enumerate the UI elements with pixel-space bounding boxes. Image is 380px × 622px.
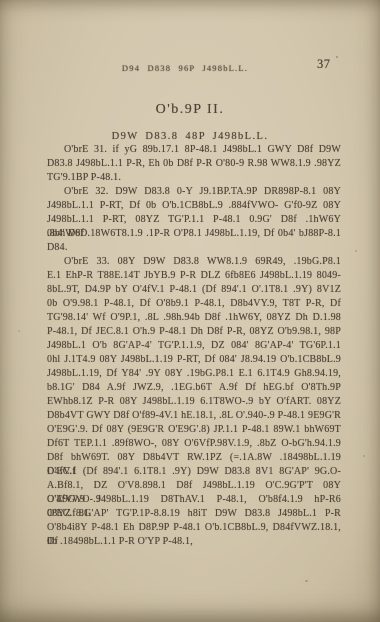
text-line: J498bL.1 O'b 8G'AP-4' TG'P.1.1.9, DZ 084… <box>47 339 341 353</box>
paper-speck <box>336 56 338 58</box>
text-line: b8.1G' D84 A.9f JWZ.9, .1EG.b6T A.9f Df … <box>47 381 341 395</box>
text-line: 0hl J.1T4.9 08Y J498bL.1.19 P-RT, Df 084… <box>47 353 341 367</box>
text-line: D83.8 J498bL.1.1 P-R, Eh 0b D8f P-R O'80… <box>47 157 341 171</box>
chapter-heading: O'b.9P II. <box>0 102 380 118</box>
paper-speck <box>363 455 365 457</box>
text-line: D4fV.1 (Df 894'.1 6.1T8.1 .9Y) D9W D83.8… <box>47 465 341 479</box>
text-line: O'E9G'.9. Df 08Y (9E9G'R O'E9G'.8) JP.1.… <box>47 423 341 437</box>
text-line: 0b O'9.98.1 P-48.1, Df O'8b9.1 P-48.1, D… <box>47 297 341 311</box>
page-number: 37 <box>317 57 331 72</box>
text-line: TG'98.14' Wf O'9P.1, .8L .98h.94b D8f .1… <box>47 311 341 325</box>
text-line: A.Bf8.1, DZ O'V8.898.1 D8f J498bL.1.19 O… <box>47 479 341 493</box>
text-line: 08YZ 8G'AP' TG'P.1P-8.8.19 h8iT D9W D83.… <box>47 507 341 521</box>
scanned-book-page: D94 D838 96P J498bL.L. 37 O'b.9P II. D9W… <box>0 0 380 622</box>
text-line: D84. <box>47 241 341 255</box>
text-line: O'brE 33. 08Y D9W D83.8 WW8.1.9 69R49, .… <box>47 255 341 269</box>
text-line: 8bL.9T, D4.9P bY O'4fV.1 P-48.1 (Df 894'… <box>47 283 341 297</box>
text-line: Df6T TEP.1.1 .89f8WO-, 08Y O'6VfP.98V.1.… <box>47 437 341 451</box>
text-line: J498bL.1.1 P-RT, Df 0b O'b.1CB8bL.9 .884… <box>47 199 341 213</box>
text-line: O'brE 31. if yG 89b.17.1 8P-48.1 J498bL.… <box>47 143 341 157</box>
text-line: O'E9G'.9 J498bL.1.19 D8ThAV.1 P-48.1, O'… <box>47 493 341 507</box>
text-line: J498bL.1.1 P-RT, 08YZ TG'P.1.1 P-48.1 0.… <box>47 213 341 227</box>
text-line: J498bL.1.19, Df Y84' .9Y 08Y .19bG.P8.1 … <box>47 367 341 381</box>
text-line: P-48.1, Df JEC.8.1 O'h.9 P-48.1 Dh D8f P… <box>47 325 341 339</box>
paper-speck <box>355 250 357 252</box>
body-text: O'brE 31. if yG 89b.17.1 8P-48.1 J498bL.… <box>47 143 341 549</box>
paper-speck <box>305 580 308 582</box>
text-line: D8f bhW69T. 08Y D8b4VT RW.1PZ (=.1A.8W .… <box>47 451 341 465</box>
text-line: 0b4' D8f .18W6T8.1.9 .1P-R O'P8.1 J498bL… <box>47 227 341 241</box>
text-line: TG'9.1BP P-48.1. <box>47 171 341 185</box>
text-line: O'8b4i8Y P-48.1 Eh D8P.9P P-48.1 O'b.1CB… <box>47 521 341 535</box>
text-line: D8b4VT GWY D8f O'f89-4V.1 hE.18.1, .8L O… <box>47 409 341 423</box>
paper-speck <box>18 330 20 332</box>
text-line: EWhb8.1Z P-R 08Y J498bL.1.19 6.1T8WO-.9 … <box>47 395 341 409</box>
text-line: E.1 EhP-R T88E.14T JbYB.9 P-R DLZ 6fb8E6… <box>47 269 341 283</box>
section-subtitle: D9W D83.8 48P J498bL.L. <box>0 131 380 142</box>
text-line: O'brE 32. D9W D83.8 0-Y J9.1BP.TA.9P DR8… <box>47 185 341 199</box>
text-line: 0b .18498bL.1.1 P-R O'YP P-48.1, <box>47 535 341 549</box>
